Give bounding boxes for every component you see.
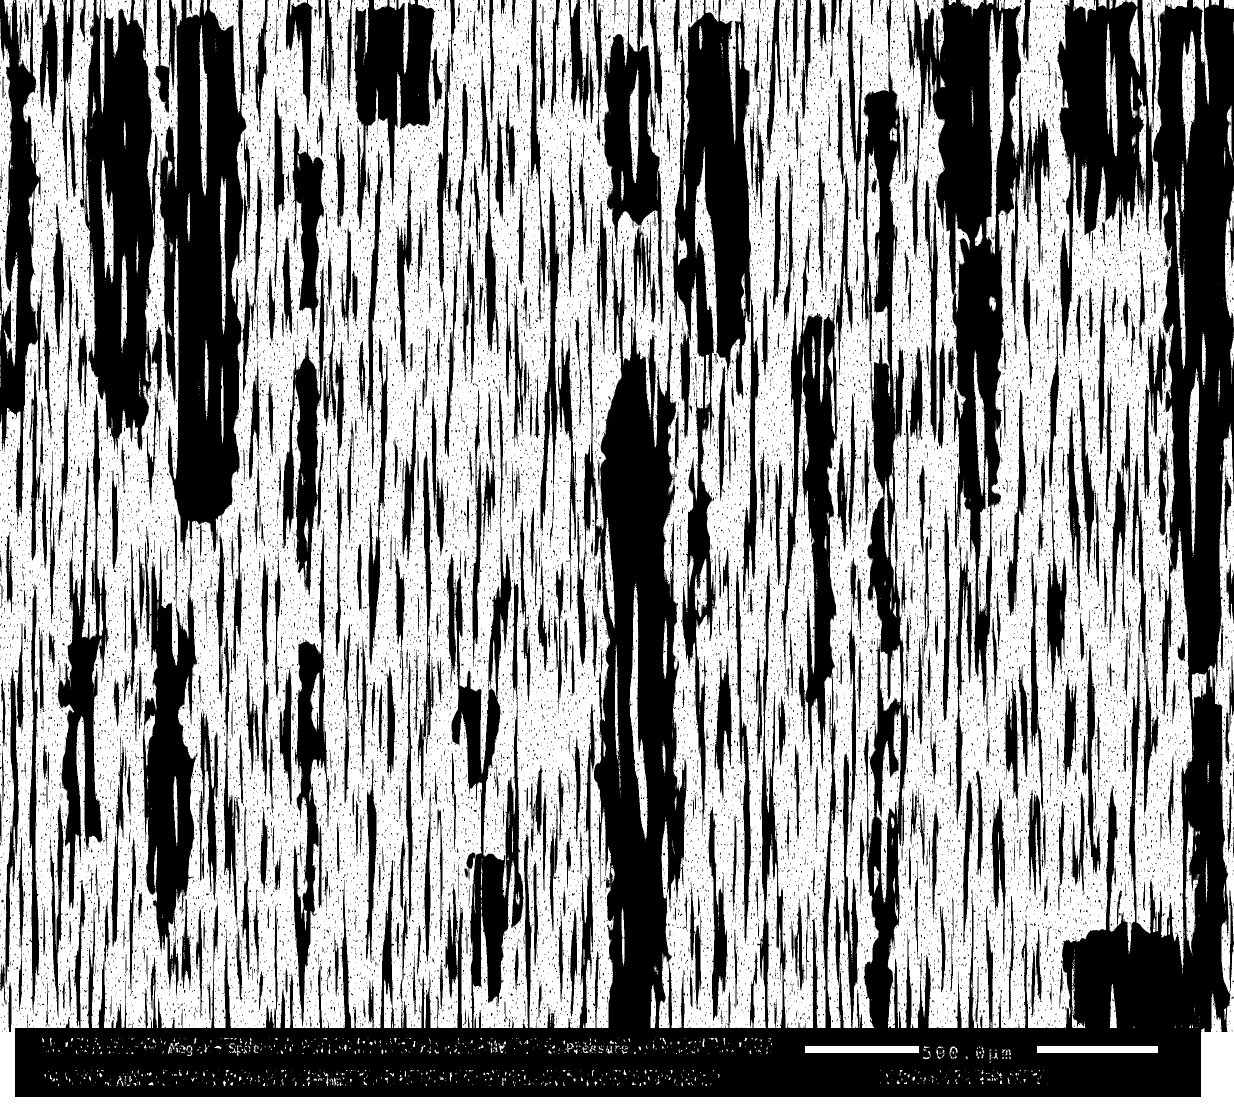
databar: Mag Spot HV Pressure AU mm 500.0µm [15, 1028, 1201, 1097]
databar-au-label: AU [116, 1075, 132, 1090]
sem-screenshot: Mag Spot HV Pressure AU mm 500.0µm [0, 0, 1234, 1116]
scale-bar-line-left [805, 1046, 919, 1053]
databar-noise-row2 [42, 1070, 722, 1086]
sem-micrograph: Mag Spot HV Pressure AU mm 500.0µm [0, 0, 1234, 1116]
fiber-texture [0, 0, 1234, 1032]
databar-noise-row2-right [880, 1070, 1050, 1084]
scale-bar-line-right [1037, 1046, 1158, 1053]
scale-label: 500.0µm [922, 1044, 1015, 1064]
databar-pressure-label: Pressure [566, 1042, 629, 1057]
databar-spot-label: Spot [228, 1042, 259, 1057]
databar-mag-label: Mag [170, 1042, 193, 1057]
speckle-salt-layer [0, 0, 1234, 1032]
databar-hv-label: HV [490, 1042, 506, 1057]
databar-mm-label: mm [326, 1075, 342, 1090]
databar-noise-row1 [42, 1038, 772, 1054]
